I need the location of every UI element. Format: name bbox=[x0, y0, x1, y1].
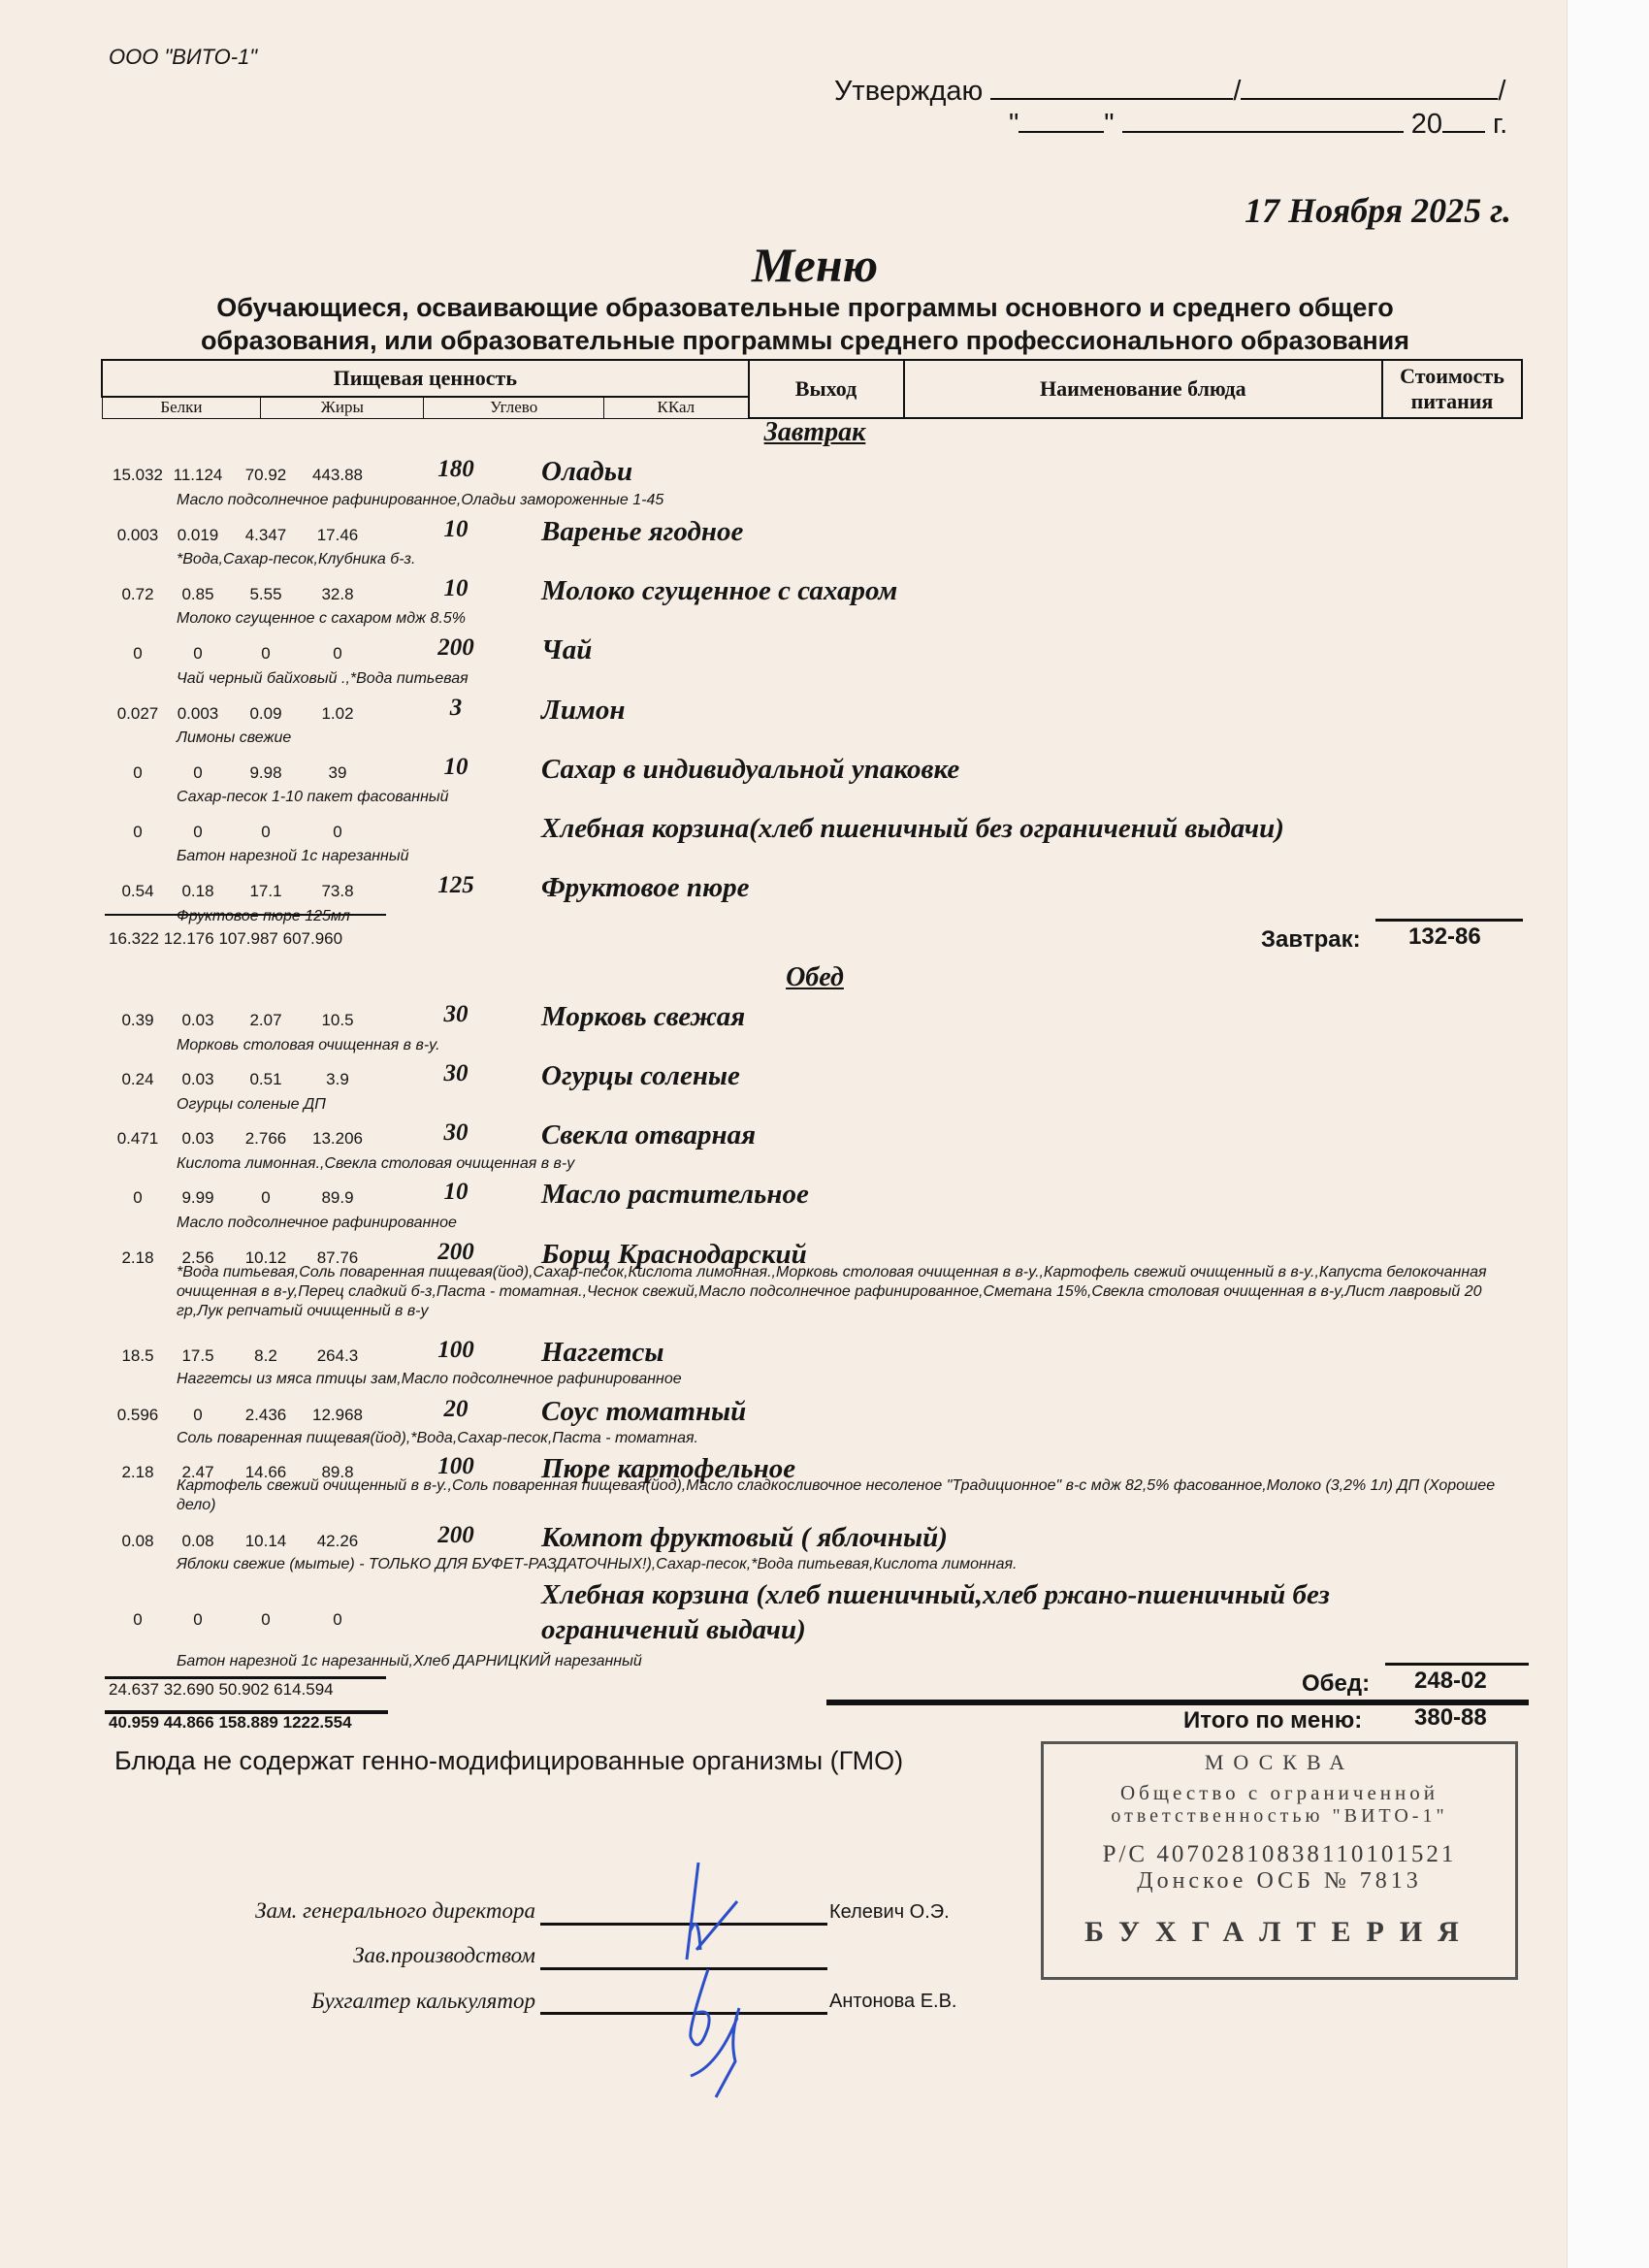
yield-value: 200 bbox=[417, 1239, 495, 1266]
dish-ingredients: Чай черный байховый .,*Вода питьевая bbox=[177, 669, 1505, 689]
kcal-value: 264.3 bbox=[299, 1346, 376, 1366]
kcal-value: 0 bbox=[299, 1610, 376, 1630]
breakfast-sum-rule bbox=[1375, 919, 1523, 922]
grand-totals: 40.959 44.866 158.889 1222.554 bbox=[109, 1713, 352, 1733]
carbs-value: 5.55 bbox=[227, 585, 305, 604]
kcal-value: 17.46 bbox=[299, 526, 376, 545]
header-fats: Жиры bbox=[261, 397, 424, 418]
dish-ingredients: *Вода,Сахар-песок,Клубника б-з. bbox=[177, 550, 1505, 569]
dish-name: Молоко сгущенное с сахаром bbox=[541, 573, 897, 608]
year-prefix: 20 bbox=[1411, 109, 1442, 140]
fats-value: 0.03 bbox=[159, 1070, 237, 1089]
fats-value: 0 bbox=[159, 763, 237, 783]
breakfast-totals: 16.322 12.176 107.987 607.960 bbox=[109, 929, 342, 949]
dish-ingredients: Фруктовое пюре 125мл bbox=[177, 907, 1505, 926]
carbs-value: 0.09 bbox=[227, 704, 305, 724]
quote: " bbox=[1104, 109, 1114, 140]
dish-ingredients: *Вода питьевая,Соль поваренная пищевая(й… bbox=[177, 1263, 1505, 1321]
fats-value: 0.019 bbox=[159, 526, 237, 545]
dish-ingredients: Масло подсолнечное рафинированное,Оладьи… bbox=[177, 491, 1505, 510]
yield-value: 10 bbox=[417, 575, 495, 602]
kcal-value: 0 bbox=[299, 823, 376, 842]
dish-ingredients: Наггетсы из мяса птицы зам,Масло подсолн… bbox=[177, 1370, 1505, 1389]
stamp-bank: Донское ОСБ № 7813 bbox=[1044, 1868, 1515, 1895]
approval-label: Утверждаю bbox=[834, 76, 983, 107]
page-subtitle: Обучающиеся, осваивающие образовательные… bbox=[175, 291, 1436, 357]
fats-value: 0 bbox=[159, 1610, 237, 1630]
header-kcal: ККал bbox=[604, 397, 749, 418]
yield-value: 20 bbox=[417, 1396, 495, 1423]
dish-ingredients: Молоко сгущенное с сахаром мдж 8.5% bbox=[177, 609, 1505, 629]
yield-value: 30 bbox=[417, 1060, 495, 1087]
slash: / bbox=[1233, 76, 1241, 107]
dish-name: Хлебная корзина(хлеб пшеничный без огран… bbox=[541, 811, 1284, 846]
menu-table-header: Пищевая ценность Выход Наименование блюд… bbox=[101, 359, 1523, 419]
yield-value: 10 bbox=[417, 1179, 495, 1206]
company-stamp: МОСКВА Общество с ограниченной ответстве… bbox=[1041, 1741, 1518, 1980]
carbs-value: 4.347 bbox=[227, 526, 305, 545]
yield-value: 200 bbox=[417, 1522, 495, 1549]
approver-signature-field bbox=[990, 98, 1233, 100]
dish-name: Оладьи bbox=[541, 454, 632, 489]
carbs-value: 17.1 bbox=[227, 882, 305, 901]
dish-ingredients: Батон нарезной 1с нарезанный,Хлеб ДАРНИЦ… bbox=[177, 1652, 1505, 1671]
breakfast-sum-label: Завтрак: bbox=[1261, 926, 1361, 954]
carbs-value: 0 bbox=[227, 644, 305, 664]
dish-ingredients: Яблоки свежие (мытые) - ТОЛЬКО ДЛЯ БУФЕТ… bbox=[177, 1555, 1505, 1574]
dish-name: Морковь свежая bbox=[541, 999, 745, 1034]
grand-sum-label: Итого по меню: bbox=[1183, 1707, 1362, 1734]
kcal-value: 443.88 bbox=[299, 466, 376, 485]
stamp-dept: БУХГАЛТЕРИЯ bbox=[1044, 1916, 1515, 1949]
signature-role: Бухгалтер калькулятор bbox=[186, 1989, 535, 2014]
dish-name: Чай bbox=[541, 632, 592, 667]
dish-ingredients: Картофель свежий очищенный в в-у.,Соль п… bbox=[177, 1476, 1505, 1515]
signature-role: Зав.производством bbox=[186, 1943, 535, 1968]
header-nutrition: Пищевая ценность bbox=[102, 360, 749, 397]
dish-name: Варенье ягодное bbox=[541, 514, 743, 549]
fats-value: 17.5 bbox=[159, 1346, 237, 1366]
stamp-city: МОСКВА bbox=[1044, 1750, 1515, 1775]
menu-item: 0000Хлебная корзина (хлеб пшеничный,хлеб… bbox=[0, 1577, 1571, 1620]
dish-ingredients: Морковь столовая очищенная в в-у. bbox=[177, 1036, 1505, 1055]
signature-name: Келевич О.Э. bbox=[829, 1901, 950, 1924]
dish-name: Компот фруктовый ( яблочный) bbox=[541, 1520, 948, 1555]
fats-value: 0.03 bbox=[159, 1129, 237, 1149]
month-field bbox=[1122, 131, 1404, 133]
kcal-value: 13.206 bbox=[299, 1129, 376, 1149]
header-yield: Выход bbox=[749, 360, 904, 418]
stamp-account: Р/С 40702810838110101521 bbox=[1044, 1841, 1515, 1868]
dish-ingredients: Лимоны свежие bbox=[177, 729, 1505, 748]
yield-value: 10 bbox=[417, 516, 495, 543]
carbs-value: 10.14 bbox=[227, 1532, 305, 1551]
kcal-value: 89.9 bbox=[299, 1188, 376, 1208]
carbs-value: 0 bbox=[227, 823, 305, 842]
kcal-value: 0 bbox=[299, 644, 376, 664]
carbs-value: 9.98 bbox=[227, 763, 305, 783]
organization-name: ООО "ВИТО-1" bbox=[109, 45, 257, 70]
kcal-value: 73.8 bbox=[299, 882, 376, 901]
header-proteins: Белки bbox=[102, 397, 261, 418]
yield-value: 3 bbox=[417, 695, 495, 722]
lunch-sum-label: Обед: bbox=[1302, 1670, 1370, 1698]
lunch-sum-rule bbox=[1385, 1663, 1529, 1666]
kcal-value: 39 bbox=[299, 763, 376, 783]
fats-value: 0.03 bbox=[159, 1011, 237, 1030]
dish-ingredients: Соль поваренная пищевая(йод),*Вода,Сахар… bbox=[177, 1429, 1505, 1448]
year-suffix: г. bbox=[1493, 109, 1507, 140]
section-breakfast: Завтрак bbox=[0, 417, 1630, 448]
fats-value: 11.124 bbox=[159, 466, 237, 485]
page-edge bbox=[1567, 0, 1649, 2268]
approver-name-field bbox=[1241, 98, 1498, 100]
yield-value: 10 bbox=[417, 754, 495, 781]
fats-value: 0.08 bbox=[159, 1532, 237, 1551]
stamp-line2: ответственностью "ВИТО-1" bbox=[1044, 1805, 1515, 1828]
carbs-value: 0 bbox=[227, 1610, 305, 1630]
lunch-sum-value: 248-02 bbox=[1414, 1668, 1487, 1695]
yield-value: 125 bbox=[417, 872, 495, 899]
yield-value: 30 bbox=[417, 1119, 495, 1147]
dish-ingredients: Сахар-песок 1-10 пакет фасованный bbox=[177, 788, 1505, 807]
dish-name: Лимон bbox=[541, 693, 626, 728]
fats-value: 0.18 bbox=[159, 882, 237, 901]
kcal-value: 12.968 bbox=[299, 1406, 376, 1425]
dish-name: Соус томатный bbox=[541, 1394, 746, 1429]
carbs-value: 2.07 bbox=[227, 1011, 305, 1030]
handwritten-signature-icon bbox=[630, 1843, 805, 2105]
dish-name: Сахар в индивидуальной упаковке bbox=[541, 752, 959, 787]
header-dish-name: Наименование блюда bbox=[904, 360, 1382, 418]
quote: " bbox=[1009, 109, 1018, 140]
stamp-line1: Общество с ограниченной bbox=[1044, 1781, 1515, 1805]
signature-role: Зам. генерального директора bbox=[186, 1898, 535, 1924]
kcal-value: 32.8 bbox=[299, 585, 376, 604]
header-carbs: Углево bbox=[424, 397, 604, 418]
yield-value: 30 bbox=[417, 1001, 495, 1028]
kcal-value: 3.9 bbox=[299, 1070, 376, 1089]
lunch-totals-rule bbox=[105, 1676, 386, 1679]
carbs-value: 0 bbox=[227, 1188, 305, 1208]
dish-ingredients: Батон нарезной 1с нарезанный bbox=[177, 847, 1505, 866]
dish-name: Наггетсы bbox=[541, 1335, 664, 1370]
dish-ingredients: Масло подсолнечное рафинированное bbox=[177, 1214, 1505, 1233]
dish-ingredients: Кислота лимонная.,Свекла столовая очищен… bbox=[177, 1154, 1505, 1174]
breakfast-totals-rule bbox=[105, 914, 386, 916]
signature-name: Антонова Е.В. bbox=[829, 1991, 956, 2013]
kcal-value: 10.5 bbox=[299, 1011, 376, 1030]
section-lunch: Обед bbox=[0, 962, 1630, 993]
carbs-value: 70.92 bbox=[227, 466, 305, 485]
fats-value: 0.003 bbox=[159, 704, 237, 724]
header-cost: Стоимость питания bbox=[1382, 360, 1522, 418]
slash: / bbox=[1498, 76, 1505, 107]
dish-ingredients: Огурцы соленые ДП bbox=[177, 1095, 1505, 1115]
kcal-value: 42.26 bbox=[299, 1532, 376, 1551]
year-field bbox=[1442, 131, 1485, 133]
yield-value: 180 bbox=[417, 456, 495, 483]
dish-name: Огурцы соленые bbox=[541, 1058, 740, 1093]
fats-value: 0 bbox=[159, 1406, 237, 1425]
kcal-value: 1.02 bbox=[299, 704, 376, 724]
approval-line: Утверждаю // bbox=[834, 76, 1505, 108]
carbs-value: 2.436 bbox=[227, 1406, 305, 1425]
yield-value: 100 bbox=[417, 1337, 495, 1364]
day-field bbox=[1018, 131, 1104, 133]
grand-sum-value: 380-88 bbox=[1414, 1704, 1487, 1732]
lunch-totals: 24.637 32.690 50.902 614.594 bbox=[109, 1680, 334, 1700]
fats-value: 0.85 bbox=[159, 585, 237, 604]
dish-name: Свекла отварная bbox=[541, 1118, 756, 1152]
page-title: Меню bbox=[0, 237, 1630, 293]
fats-value: 0 bbox=[159, 823, 237, 842]
carbs-value: 2.766 bbox=[227, 1129, 305, 1149]
dish-name: Масло растительное bbox=[541, 1177, 809, 1212]
approval-date-line: "" 20 г. bbox=[1009, 109, 1507, 141]
carbs-value: 8.2 bbox=[227, 1346, 305, 1366]
document-date: 17 Ноября 2025 г. bbox=[1245, 190, 1511, 231]
fats-value: 9.99 bbox=[159, 1188, 237, 1208]
breakfast-sum-value: 132-86 bbox=[1408, 923, 1481, 951]
fats-value: 0 bbox=[159, 644, 237, 664]
dish-name: Хлебная корзина (хлеб пшеничный,хлеб ржа… bbox=[541, 1577, 1375, 1647]
dish-name: Фруктовое пюре bbox=[541, 870, 750, 905]
gmo-note: Блюда не содержат генно-модифицированные… bbox=[114, 1746, 903, 1776]
yield-value: 200 bbox=[417, 634, 495, 662]
carbs-value: 0.51 bbox=[227, 1070, 305, 1089]
